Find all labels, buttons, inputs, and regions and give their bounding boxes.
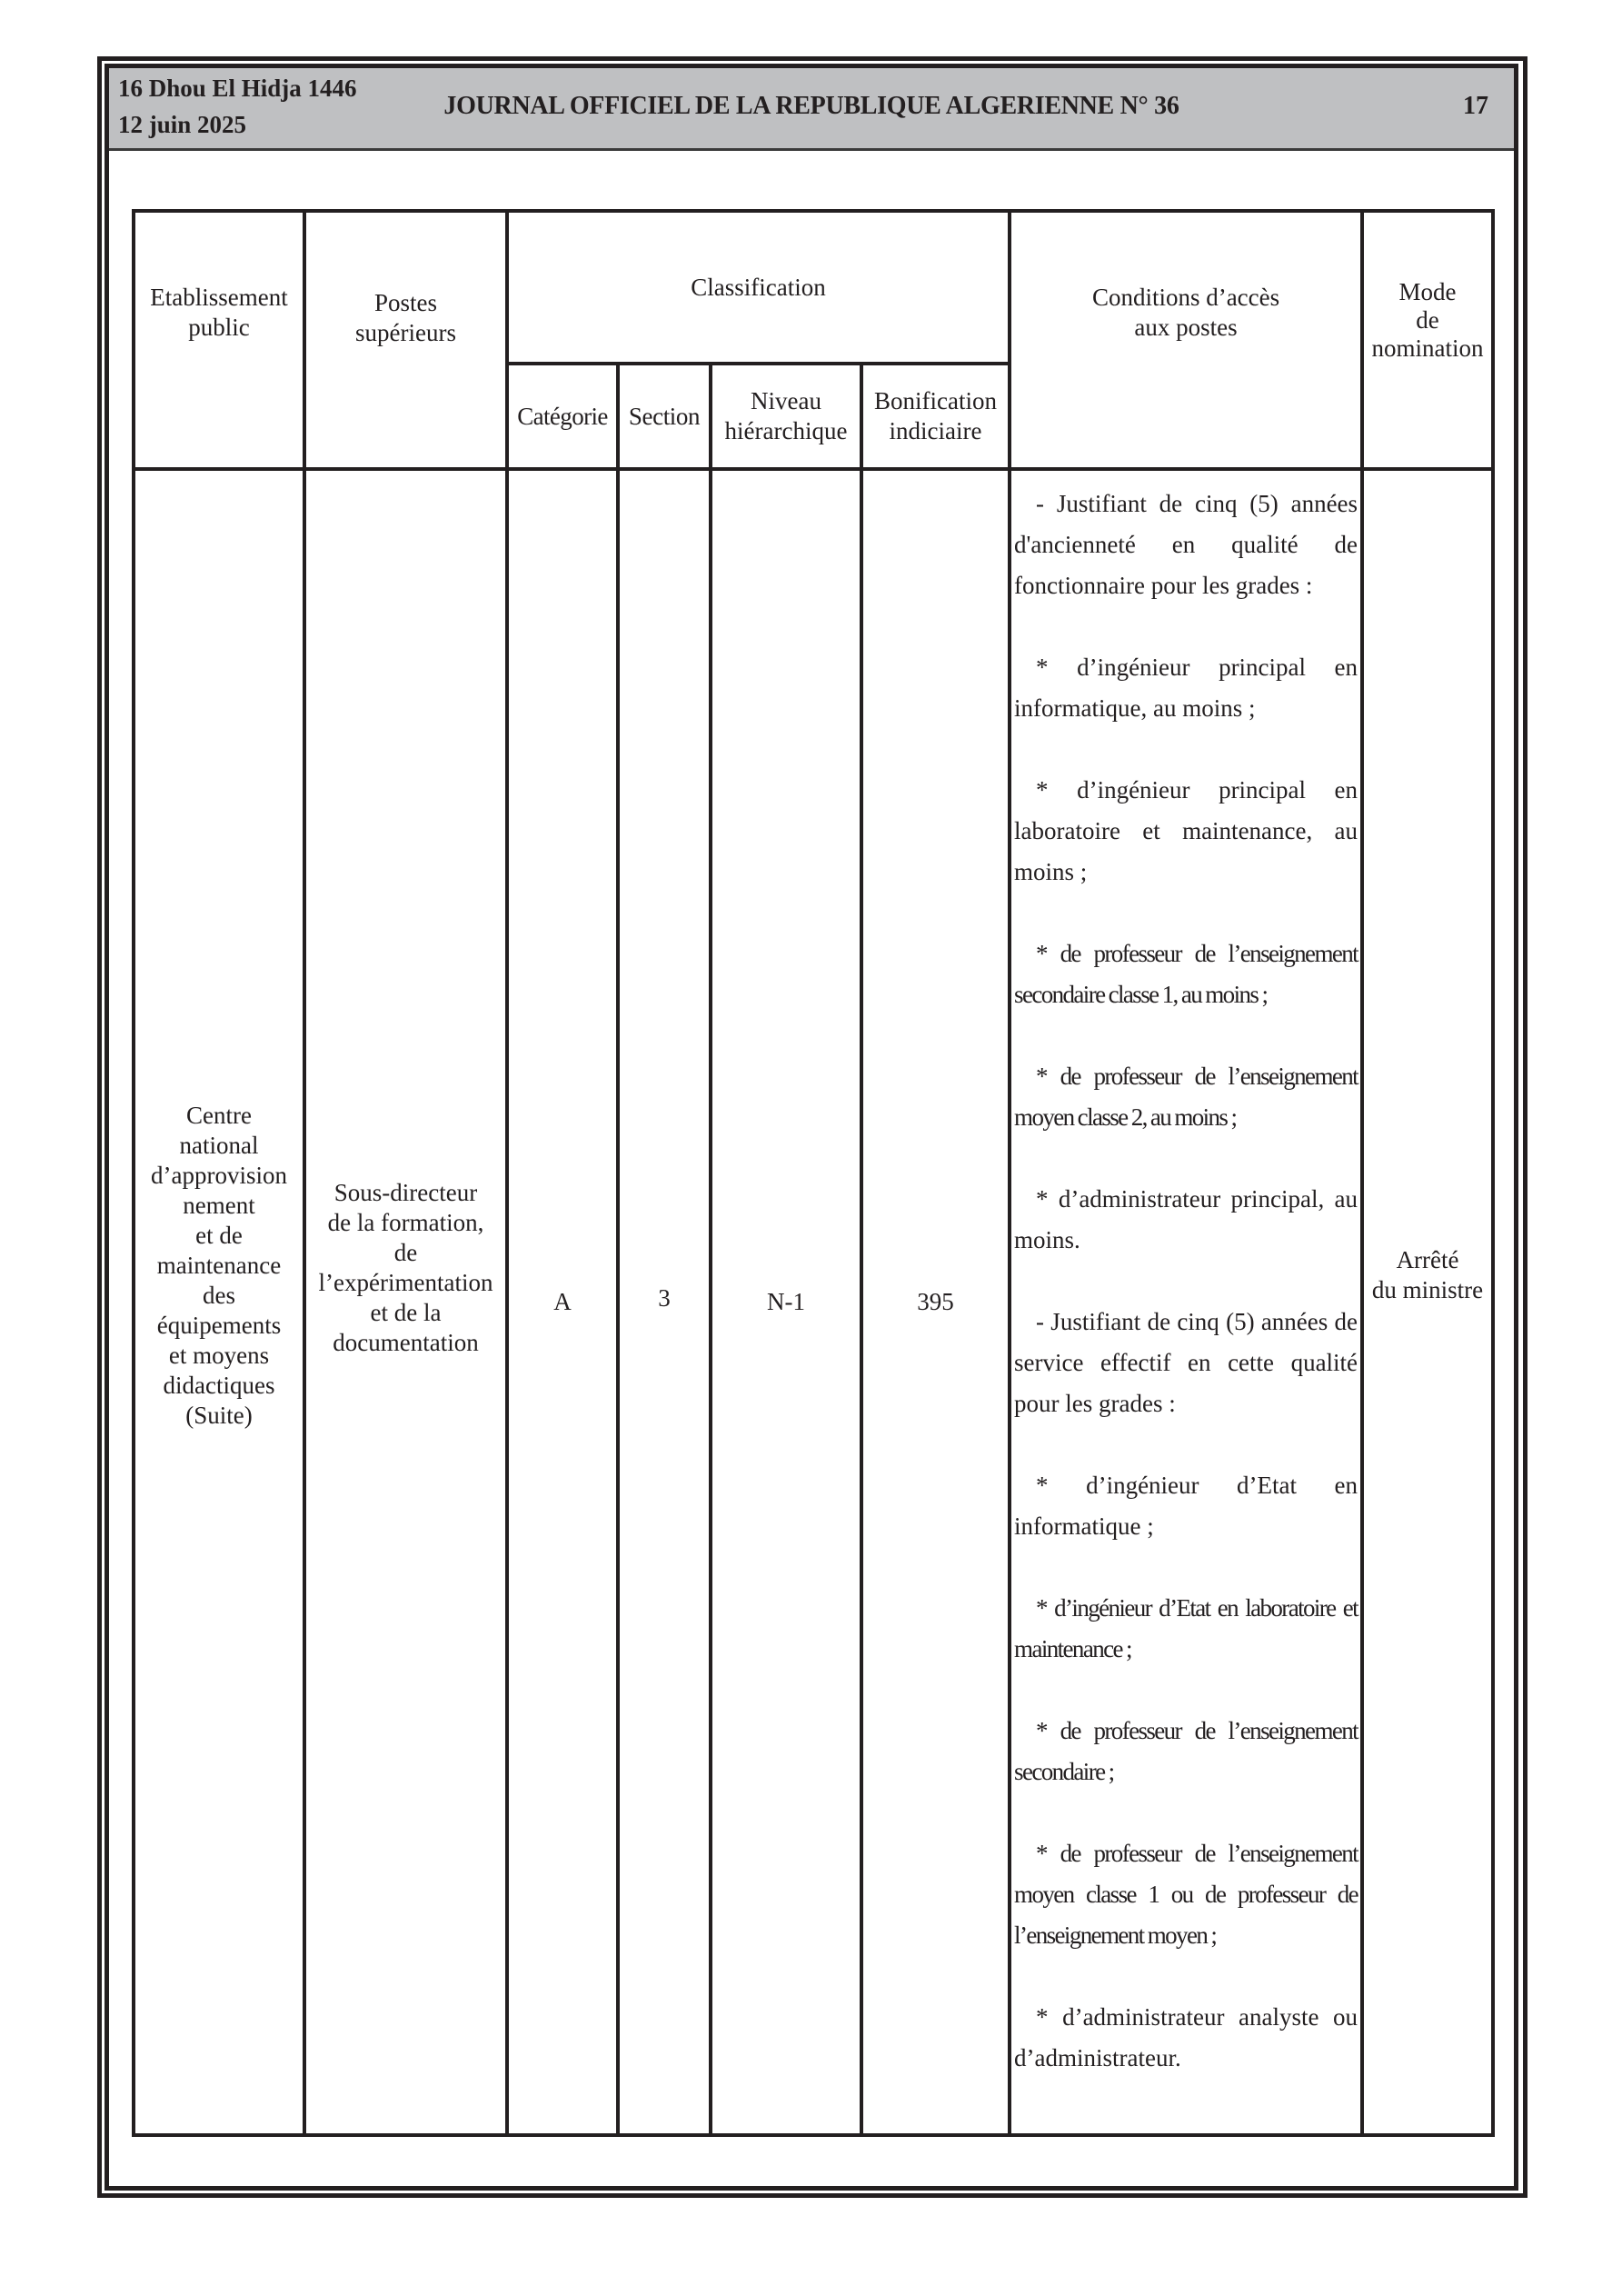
poste-line: de la formation, xyxy=(306,1208,505,1238)
etablissement-line: Centre xyxy=(135,1101,303,1131)
header-line: Mode xyxy=(1364,278,1491,306)
niveau-value: N-1 xyxy=(767,1288,805,1315)
col-header-conditions: Conditions d’accès aux postes xyxy=(1010,211,1362,469)
page-number: 17 xyxy=(1463,88,1488,125)
poste-line: l’expérimentation xyxy=(306,1268,505,1298)
header-line: supérieurs xyxy=(306,318,505,348)
header-line: Niveau xyxy=(712,386,860,416)
col-header-niveau: Niveau hiérarchique xyxy=(711,364,861,469)
mode-line: du ministre xyxy=(1364,1275,1491,1305)
col-header-postes: Postes supérieurs xyxy=(304,211,507,469)
etablissement-line: des xyxy=(135,1281,303,1311)
conditions-list: - Justifiant de cinq (5) années d'ancien… xyxy=(1014,484,1358,2079)
etablissement-line: et de xyxy=(135,1221,303,1251)
etablissement-line: maintenance xyxy=(135,1251,303,1281)
etablissement-line: nement xyxy=(135,1191,303,1221)
header-line: Postes xyxy=(306,288,505,318)
cell-conditions: - Justifiant de cinq (5) années d'ancien… xyxy=(1010,469,1362,2135)
poste-line: documentation xyxy=(306,1328,505,1358)
condition-item: * d’ingénieur d’Etat en informatique ; xyxy=(1014,1465,1358,1547)
condition-item: * d’administrateur principal, au moins. xyxy=(1014,1179,1358,1261)
condition-item: * de professeur de l’enseignement second… xyxy=(1014,1711,1358,1792)
condition-item: - Justifiant de cinq (5) années d'ancien… xyxy=(1014,484,1358,606)
col-header-etablissement: Etablissement public xyxy=(134,211,304,469)
condition-item: * d’ingénieur d’Etat en laboratoire et m… xyxy=(1014,1588,1358,1670)
condition-item: * d’administrateur analyste ou d’adminis… xyxy=(1014,1997,1358,2079)
header-line: Bonification xyxy=(863,386,1008,416)
col-header-section: Section xyxy=(618,364,711,469)
cell-niveau: N-1 xyxy=(711,469,861,2135)
section-value: 3 xyxy=(658,1284,671,1312)
header-line: Conditions d’accès xyxy=(1011,283,1360,313)
etablissement-line: d’approvision xyxy=(135,1161,303,1191)
condition-item: * de professeur de l’enseignement moyen … xyxy=(1014,1833,1358,1956)
poste-line: de xyxy=(306,1238,505,1268)
condition-item: - Justifiant de cinq (5) années de servi… xyxy=(1014,1302,1358,1424)
cell-poste: Sous-directeurde la formation,del’expéri… xyxy=(304,469,507,2135)
header-line: aux postes xyxy=(1011,313,1360,343)
header-line: de xyxy=(1364,306,1491,334)
condition-item: * de professeur de l’enseignement second… xyxy=(1014,933,1358,1015)
header-line: nomination xyxy=(1364,334,1491,363)
etablissement-line: didactiques xyxy=(135,1371,303,1401)
cell-categorie: A xyxy=(507,469,618,2135)
header-line: Classification xyxy=(691,274,825,301)
cell-section: 3 xyxy=(618,469,711,2135)
categorie-value: A xyxy=(553,1288,572,1315)
table-row: Centrenationald’approvisionnementet dema… xyxy=(134,469,1493,2135)
etablissement-line: (Suite) xyxy=(135,1401,303,1431)
postes-superieurs-table: Etablissement public Postes supérieurs C… xyxy=(132,209,1495,2137)
etablissement-line: et moyens xyxy=(135,1341,303,1371)
condition-item: * de professeur de l’enseignement moyen … xyxy=(1014,1056,1358,1138)
etablissement-line: national xyxy=(135,1131,303,1161)
mode-line: Arrêté xyxy=(1364,1245,1491,1275)
cell-etablissement: Centrenationald’approvisionnementet dema… xyxy=(134,469,304,2135)
header-line: public xyxy=(135,313,303,343)
header-line: Section xyxy=(629,403,700,430)
col-header-classification: Classification xyxy=(507,211,1010,364)
bonification-value: 395 xyxy=(917,1288,954,1315)
condition-item: * d’ingénieur principal en laboratoire e… xyxy=(1014,770,1358,893)
cell-mode: Arrêté du ministre xyxy=(1362,469,1493,2135)
cell-bonification: 395 xyxy=(861,469,1010,2135)
header-line: Etablissement xyxy=(135,283,303,313)
poste-line: Sous-directeur xyxy=(306,1178,505,1208)
condition-item: * d’ingénieur principal en informatique,… xyxy=(1014,647,1358,729)
header-line: indiciaire xyxy=(863,416,1008,446)
etablissement-line: équipements xyxy=(135,1311,303,1341)
col-header-mode: Mode de nomination xyxy=(1362,211,1493,469)
journal-header: 16 Dhou El Hidja 1446 12 juin 2025 JOURN… xyxy=(109,68,1514,151)
poste-line: et de la xyxy=(306,1298,505,1328)
header-line: Catégorie xyxy=(517,403,608,430)
header-line: hiérarchique xyxy=(712,416,860,446)
col-header-categorie: Catégorie xyxy=(507,364,618,469)
journal-title: JOURNAL OFFICIEL DE LA REPUBLIQUE ALGERI… xyxy=(109,88,1514,125)
col-header-bonification: Bonification indiciaire xyxy=(861,364,1010,469)
